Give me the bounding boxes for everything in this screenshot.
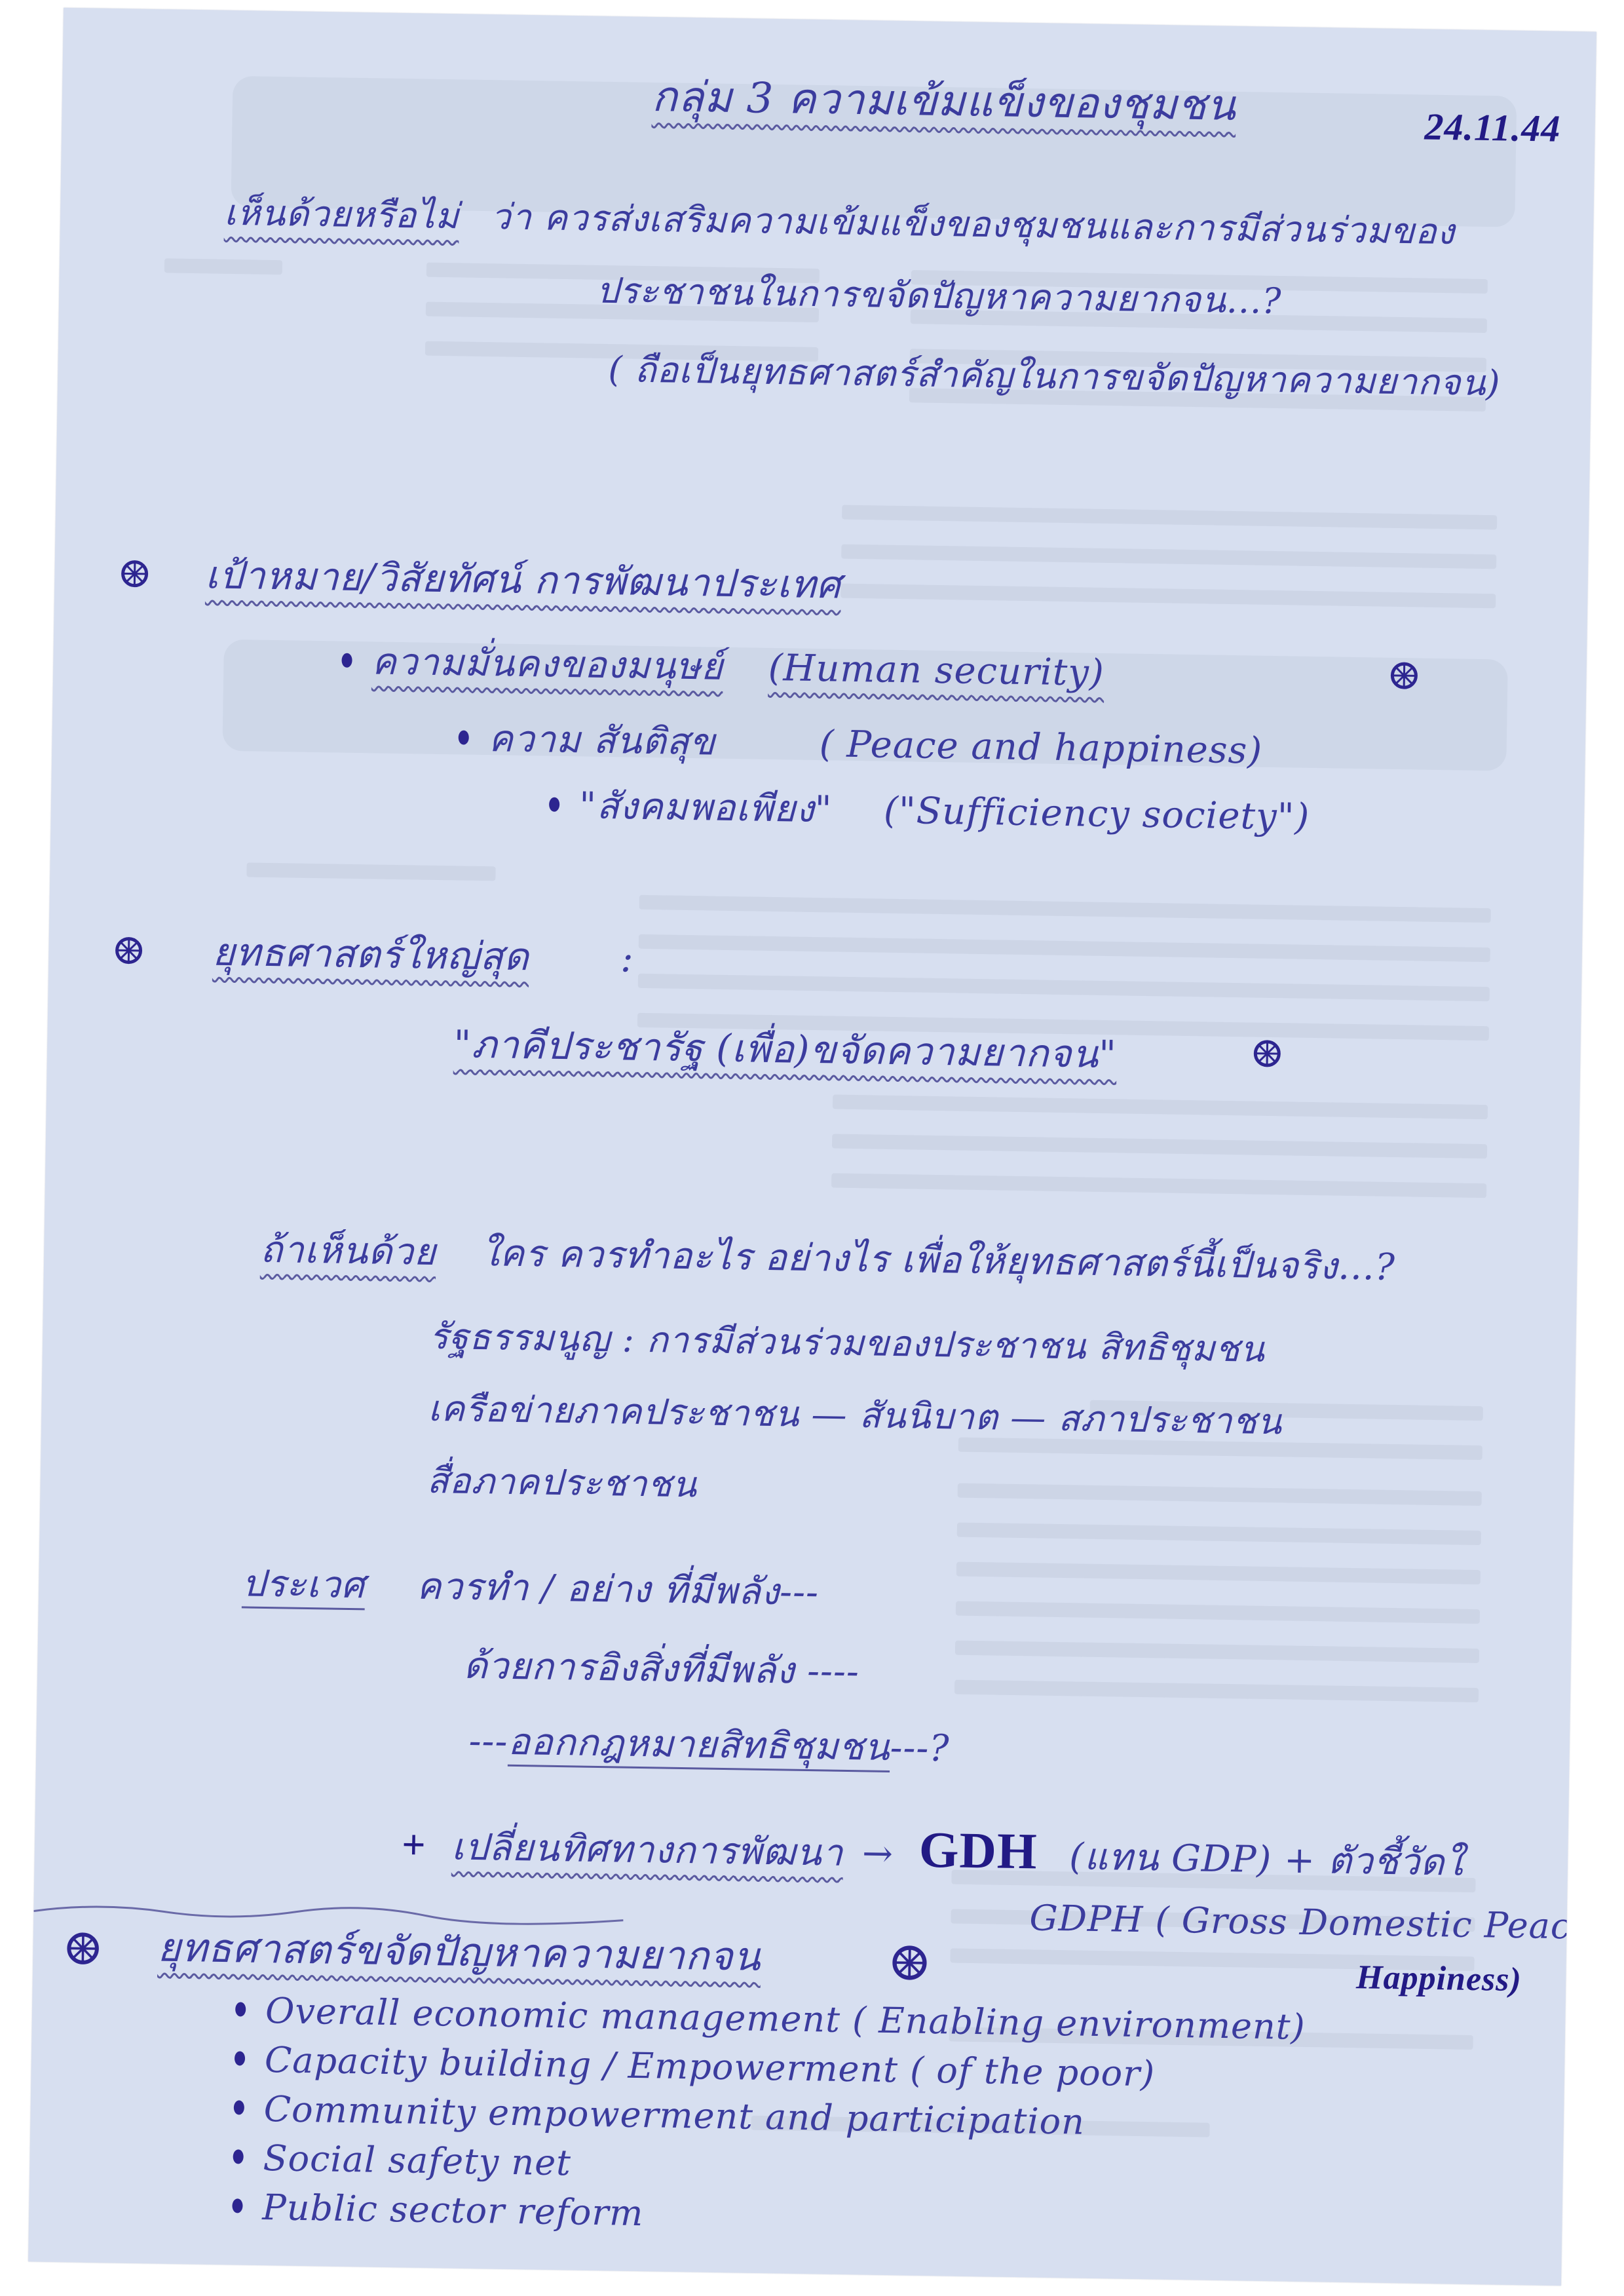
show-through-line: [831, 1173, 1486, 1198]
show-through-line: [956, 1562, 1481, 1585]
bullet-icon: [459, 730, 469, 744]
bullet-icon: [235, 2051, 245, 2065]
question-line-2: ประชาชนในการขจัดปัญหาความยากจน...?: [596, 262, 1282, 329]
show-through-line: [955, 1641, 1479, 1664]
poverty-list-item: Community empowerment and participation: [233, 2088, 1085, 2142]
dharma-wheel-icon: [120, 559, 149, 588]
poverty-list-item: Social safety net: [233, 2137, 571, 2183]
gdh-label: GDH: [918, 1821, 1038, 1880]
poverty-list-item: Overall economic management ( Enabling e…: [235, 1989, 1306, 2048]
change-direction-text: เปลี่ยนทิศทางการพัฒนา: [451, 1826, 844, 1874]
agree-lead: ถ้าเห็นด้วย: [260, 1229, 436, 1274]
show-through-line: [832, 1134, 1487, 1158]
forum-line-2: ด้วยการอิงสิ่งที่มีพลัง ----: [463, 1636, 860, 1700]
goal-item: "สังคมพอเพียง" ("Sufficiency society"): [548, 776, 1310, 846]
strategy-heading-row: ยุทธศาสตร์ใหญ่สุด :: [212, 921, 635, 989]
goal-heading: เป้าหมาย/วิสัยทัศน์ การพัฒนาประเทศ: [205, 544, 842, 615]
strategy-heading: ยุทธศาสตร์ใหญ่สุด: [212, 930, 529, 980]
bullet-icon: [232, 2198, 242, 2213]
strategy-quote: "ภาคีประชารัฐ (เพื่อ)ขจัดความยากจน": [453, 1013, 1118, 1084]
arrow-right-icon: →: [862, 1832, 894, 1875]
show-through-line: [639, 895, 1491, 923]
bullet-icon: [235, 2002, 246, 2016]
show-through-line: [954, 1680, 1479, 1703]
gdph-line: GDPH ( Gross Domestic Peace an: [1029, 1897, 1596, 1948]
bullet-icon: [549, 797, 559, 811]
dharma-wheel-icon: [114, 936, 143, 965]
agree-question: ใคร ควรทำอะไร อย่างไร เพื่อให้ยุทธศาสตร์…: [481, 1232, 1395, 1289]
dharma-wheel-icon: [891, 1944, 928, 1981]
dharma-wheel-icon: [1253, 1039, 1282, 1069]
show-through-line: [638, 974, 1490, 1001]
page-title: กลุ่ม 3 ความเข้มแข็งของชุมชน: [651, 63, 1236, 139]
bullet-icon: [341, 653, 352, 667]
show-through-line: [164, 258, 282, 275]
gdph-continuation: Happiness): [1356, 1958, 1522, 1999]
show-through-line: [639, 934, 1490, 962]
poverty-list-item: Public sector reform: [232, 2186, 644, 2234]
show-through-line: [956, 1601, 1480, 1624]
date-stamp: 24.11.44: [1424, 104, 1561, 150]
poverty-heading: ยุทธศาสตร์ขจัดปัญหาความยากจน: [157, 1916, 761, 1987]
show-through-line: [958, 1483, 1482, 1506]
agree-line-3: สื่อภาคประชาชน: [426, 1452, 698, 1512]
dharma-wheel-icon: [66, 1931, 100, 1966]
goal-item: ความมั่นคงของมนุษย์ (Human security): [341, 632, 1105, 702]
handwritten-note-page: กลุ่ม 3 ความเข้มแข็งของชุมชน 24.11.44 เห…: [28, 8, 1596, 2286]
plus-sign: +: [402, 1821, 427, 1868]
bullet-icon: [234, 2100, 244, 2114]
agree-row: ถ้าเห็นด้วย ใคร ควรทำอะไร อย่างไร เพื่อใ…: [260, 1220, 1396, 1296]
show-through-line: [833, 1094, 1488, 1119]
forum-row: ประเวศ ควรทำ / อย่าง ที่มีพลัง---: [242, 1554, 820, 1621]
forum-lead: ประเวศ: [242, 1562, 366, 1607]
agree-line-1: รัฐธรรมนูญ : การมีส่วนร่วมของประชาชน สิท…: [429, 1308, 1266, 1377]
show-through-line: [246, 862, 495, 881]
question-lead: เห็นด้วยหรือไม่: [224, 192, 460, 237]
gdh-note: (แทน GDP) + ตัวชี้วัดใ: [1069, 1835, 1464, 1884]
forum-line-3: ---ออกกฎหมายสิทธิชุมชน---?: [468, 1712, 950, 1778]
show-through-line: [957, 1523, 1481, 1546]
poverty-list-item: Capacity building / Empowerment ( of the…: [235, 2038, 1156, 2094]
show-through-line: [841, 545, 1496, 569]
show-through-line: [842, 505, 1497, 530]
change-row: + เปลี่ยนทิศทางการพัฒนา → GDH (แทน GDP) …: [401, 1812, 1463, 1891]
question-line-3: ( ถือเป็นยุทธศาสตร์สำคัญในการขจัดปัญหาคว…: [608, 341, 1501, 411]
show-through-line: [840, 584, 1496, 609]
goal-item: ความ สันติสุข ( Peace and happiness): [458, 708, 1263, 779]
dharma-wheel-icon: [1389, 661, 1419, 691]
bullet-icon: [233, 2149, 244, 2164]
agree-line-2: เครือข่ายภาคประชาชน — สันนิบาต — สภาประช…: [428, 1380, 1283, 1449]
question-line-1: ว่า ควรส่งเสริมความเข้มแข็งของชุมชนและกา…: [491, 196, 1456, 252]
